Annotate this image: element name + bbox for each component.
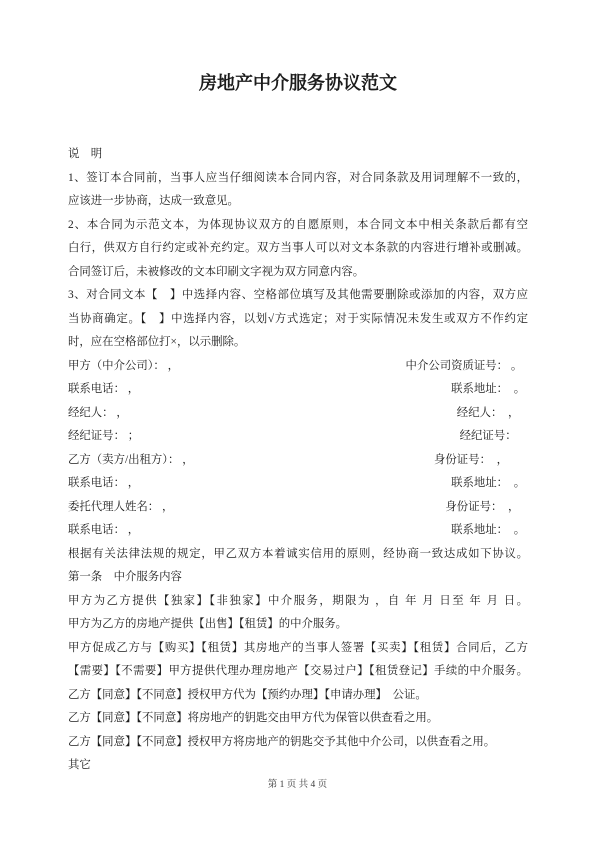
party-field-right: 身份证号： ， <box>445 496 528 520</box>
party-field-left: 经纪证号： ； <box>68 425 139 449</box>
party-row: 甲方（中介公司）： ， 中介公司资质证号： 。 <box>68 355 528 379</box>
doc-line: 2、本合同为示范文本，为体现协议双方的自愿原则，本合同文本中相关条款后都有空 <box>68 214 528 238</box>
party-field-left: 甲方（中介公司）： ， <box>68 355 179 379</box>
doc-line: 甲方为乙方的房地产提供【出售】【租赁】的中介服务。 <box>68 613 528 637</box>
party-field-right: 经纪人： ， <box>457 402 528 426</box>
party-field-right: 联系地址： 。 <box>451 472 528 496</box>
doc-line: 应该进一步协商，达成一致意见。 <box>68 190 528 214</box>
party-row: 委托代理人姓名： ， 身份证号： ， <box>68 496 528 520</box>
section-heading: 说 明 <box>68 143 528 167</box>
doc-line: 白行，供双方自行约定或补充约定。双方当事人可以对文本条款的内容进行增补或删减。 <box>68 237 528 261</box>
party-row: 联系电话： ， 联系地址： 。 <box>68 472 528 496</box>
doc-line: 1、签订本合同前，当事人应当仔细阅读本合同内容，对合同条款及用词理解不一致的， <box>68 167 528 191</box>
party-row: 联系电话： ， 联系地址： 。 <box>68 519 528 543</box>
doc-line: 根据有关法律法规的规定，甲乙双方本着诚实信用的原则，经协商一致达成如下协议。 <box>68 543 528 567</box>
party-field-right: 身份证号： ， <box>434 449 528 473</box>
party-row: 经纪证号： ； 经纪证号： <box>68 425 528 449</box>
doc-line: 乙方【同意】【不同意】授权甲方将房地产的钥匙交予其他中介公司，以供查看之用。 <box>68 731 528 755</box>
doc-line: 3、对合同文本【 】中选择内容、空格部位填写及其他需要删除或添加的内容，双方应 <box>68 284 528 308</box>
doc-line: 其它 <box>68 754 528 778</box>
document-page: 房地产中介服务协议范文 说 明 1、签订本合同前，当事人应当仔细阅读本合同内容，… <box>0 0 595 841</box>
party-row: 经纪人： ， 经纪人： ， <box>68 402 528 426</box>
page-title: 房地产中介服务协议范文 <box>68 70 528 96</box>
doc-line: 乙方【同意】【不同意】将房地产的钥匙交由甲方代为保管以供查看之用。 <box>68 707 528 731</box>
page-footer: 第 1 页 共 4 页 <box>0 779 595 791</box>
party-field-left: 联系电话： ， <box>68 472 139 496</box>
party-field-left: 经纪人： ， <box>68 402 128 426</box>
article-heading: 第一条 中介服务内容 <box>68 566 528 590</box>
party-field-right: 经纪证号： <box>460 425 528 449</box>
doc-line: 合同签订后，未被修改的文本印刷文字视为双方同意内容。 <box>68 261 528 285</box>
party-field-left: 联系电话： ， <box>68 378 139 402</box>
doc-line: 时，应在空格部位打×，以示删除。 <box>68 331 528 355</box>
document-content: 房地产中介服务协议范文 说 明 1、签订本合同前，当事人应当仔细阅读本合同内容，… <box>68 0 528 778</box>
document-body: 说 明 1、签订本合同前，当事人应当仔细阅读本合同内容，对合同条款及用词理解不一… <box>68 143 528 778</box>
party-field-right: 联系地址： 。 <box>451 378 528 402</box>
party-field-left: 联系电话： ， <box>68 519 139 543</box>
party-row: 乙方（卖方/出租方）： ， 身份证号： ， <box>68 449 528 473</box>
doc-line: 乙方【同意】【不同意】授权甲方代为【预约办理】【申请办理】 公证。 <box>68 684 528 708</box>
doc-line: 当协商确定。【 】中选择内容，以划√方式选定；对于实际情况未发生或双方不作约定 <box>68 308 528 332</box>
party-field-right: 联系地址： 。 <box>451 519 528 543</box>
doc-line: 甲方促成乙方与【购买】【租赁】其房地产的当事人签署【买卖】【租赁】合同后，乙方 <box>68 637 528 661</box>
doc-line: 【需要】【不需要】甲方提供代理办理房地产【交易过户】【租赁登记】手续的中介服务。 <box>68 660 528 684</box>
doc-line: 甲方为乙方提供【独家】【非独家】中介服务，期限为 ，自 年 月 日至 年 月 日… <box>68 590 528 614</box>
party-row: 联系电话： ， 联系地址： 。 <box>68 378 528 402</box>
party-field-left: 乙方（卖方/出租方）： ， <box>68 449 194 473</box>
party-field-right: 中介公司资质证号： 。 <box>406 355 528 379</box>
party-field-left: 委托代理人姓名： ， <box>68 496 173 520</box>
